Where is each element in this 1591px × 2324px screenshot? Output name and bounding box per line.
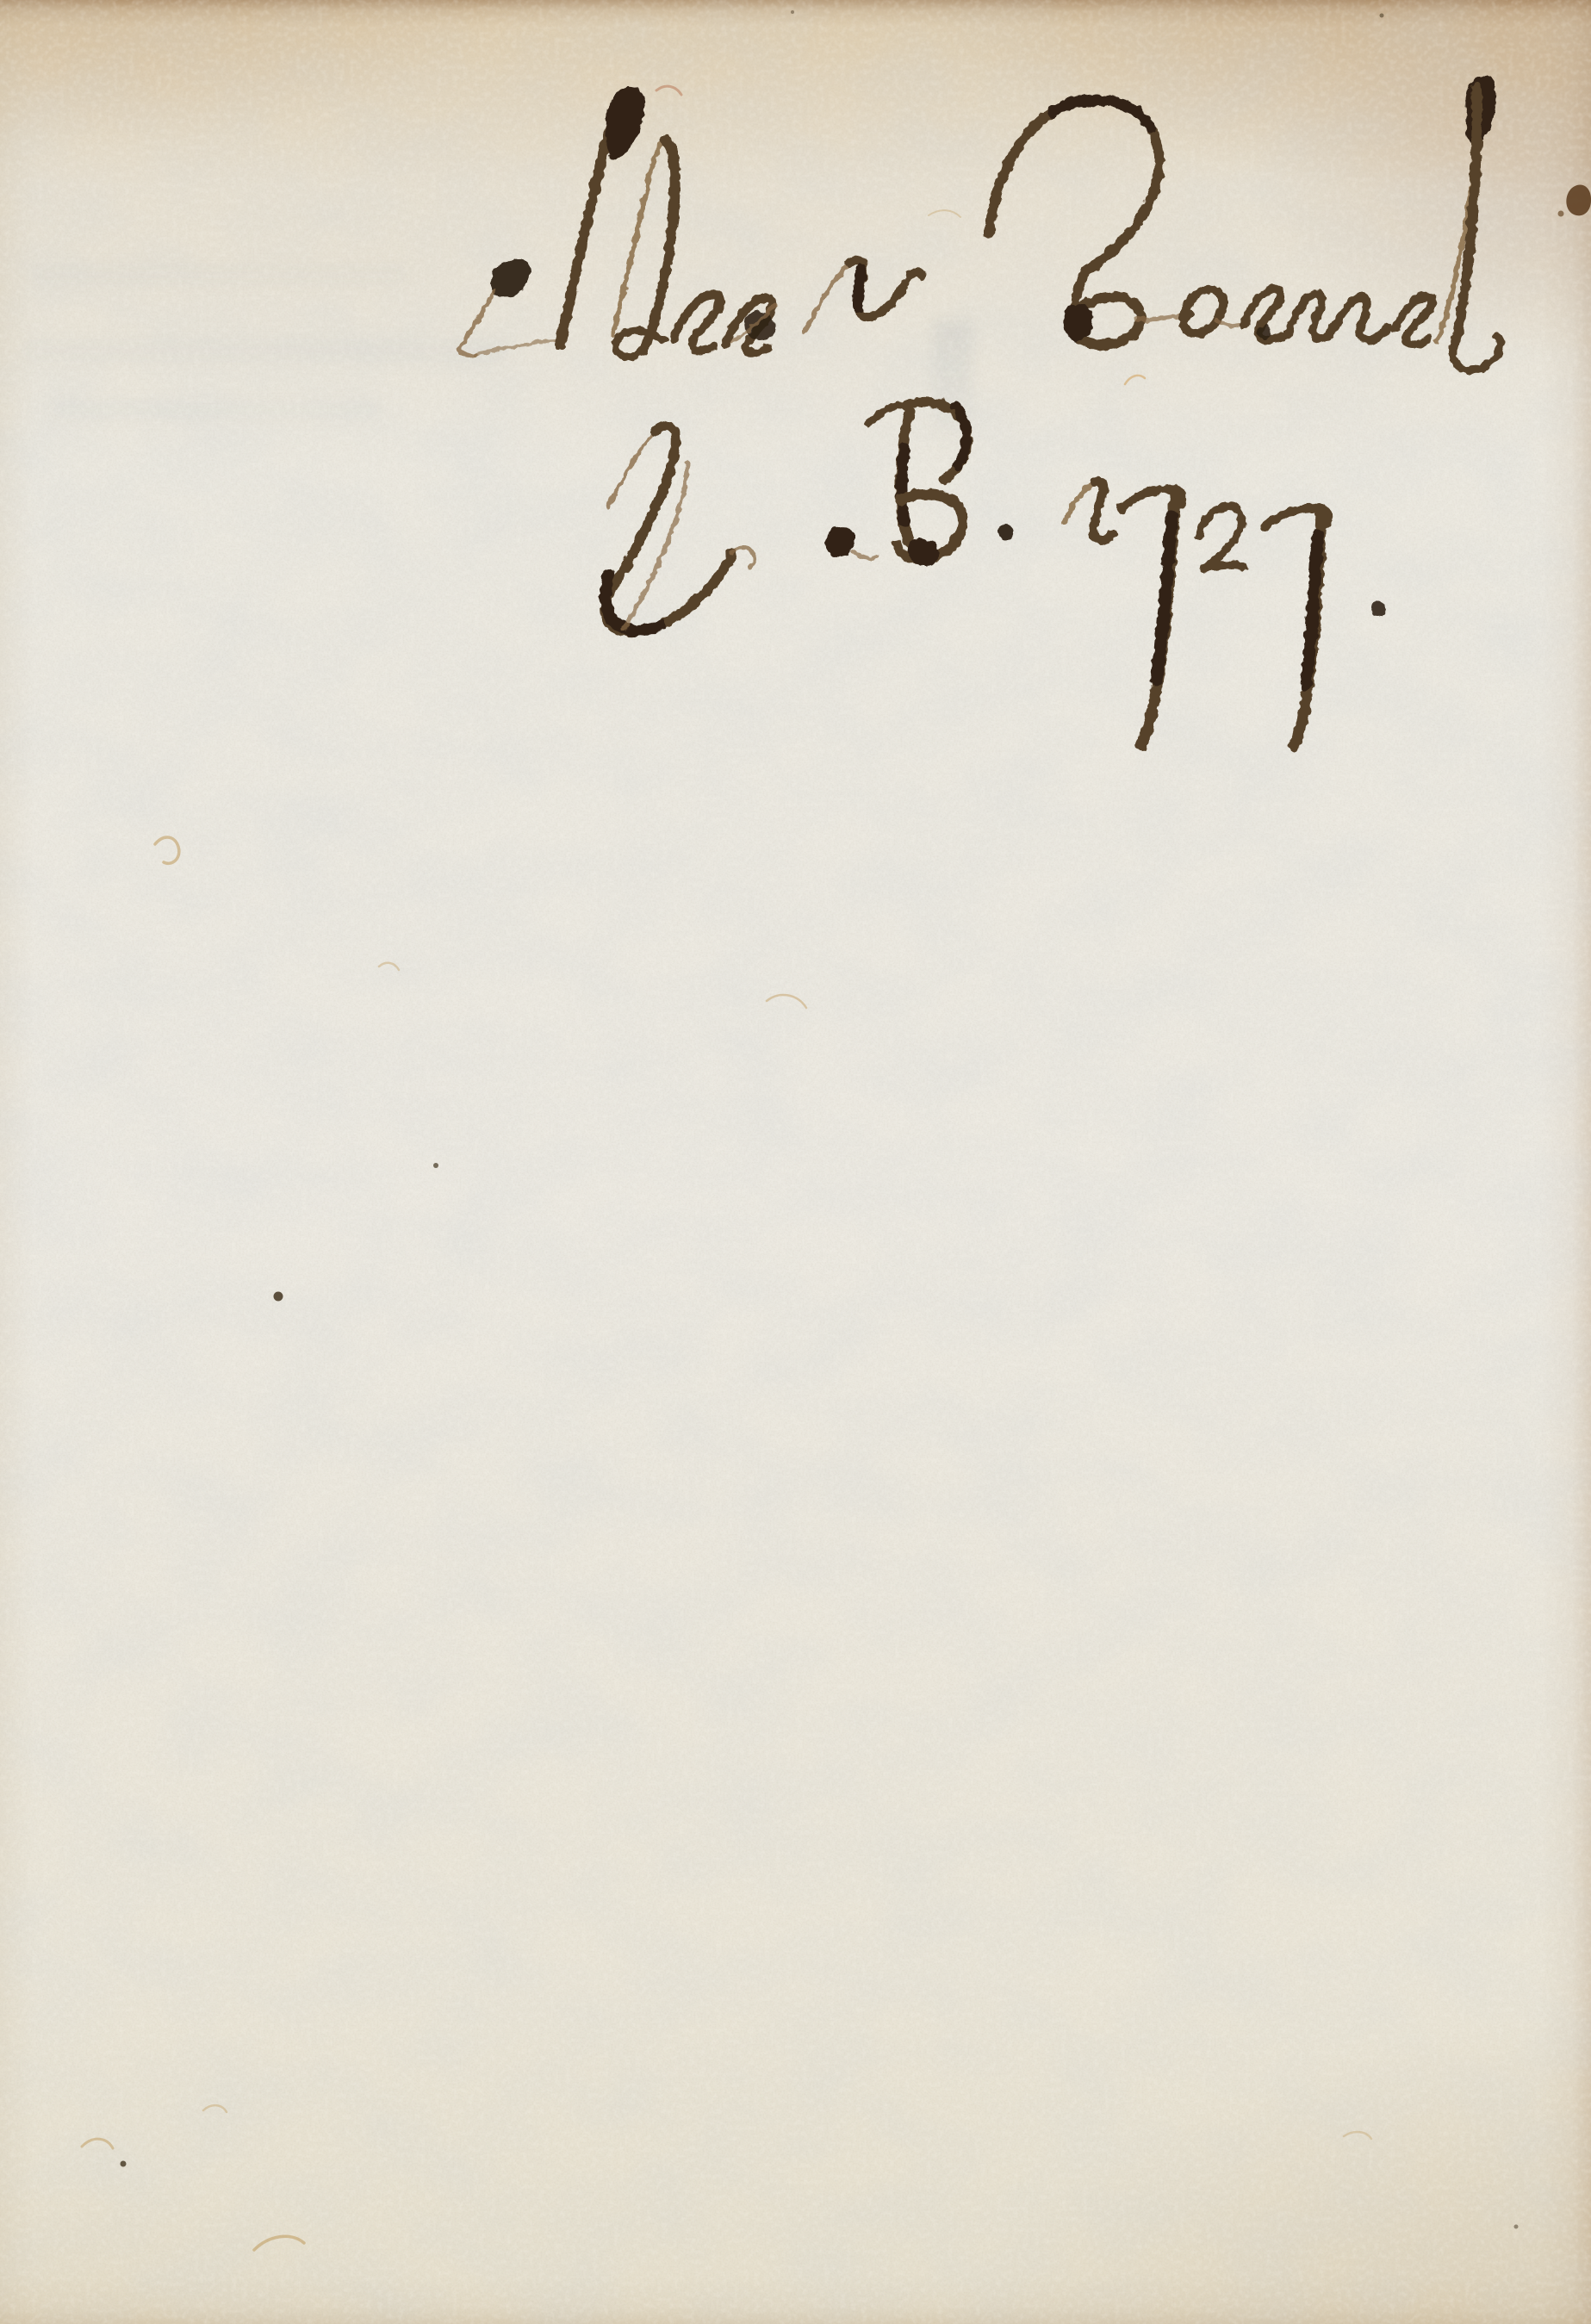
manuscript-page: Alexr Boswel L. B. 1727.: [0, 0, 1591, 2324]
paper-texture: [0, 0, 1591, 2324]
page-scan-art: [0, 0, 1591, 2324]
